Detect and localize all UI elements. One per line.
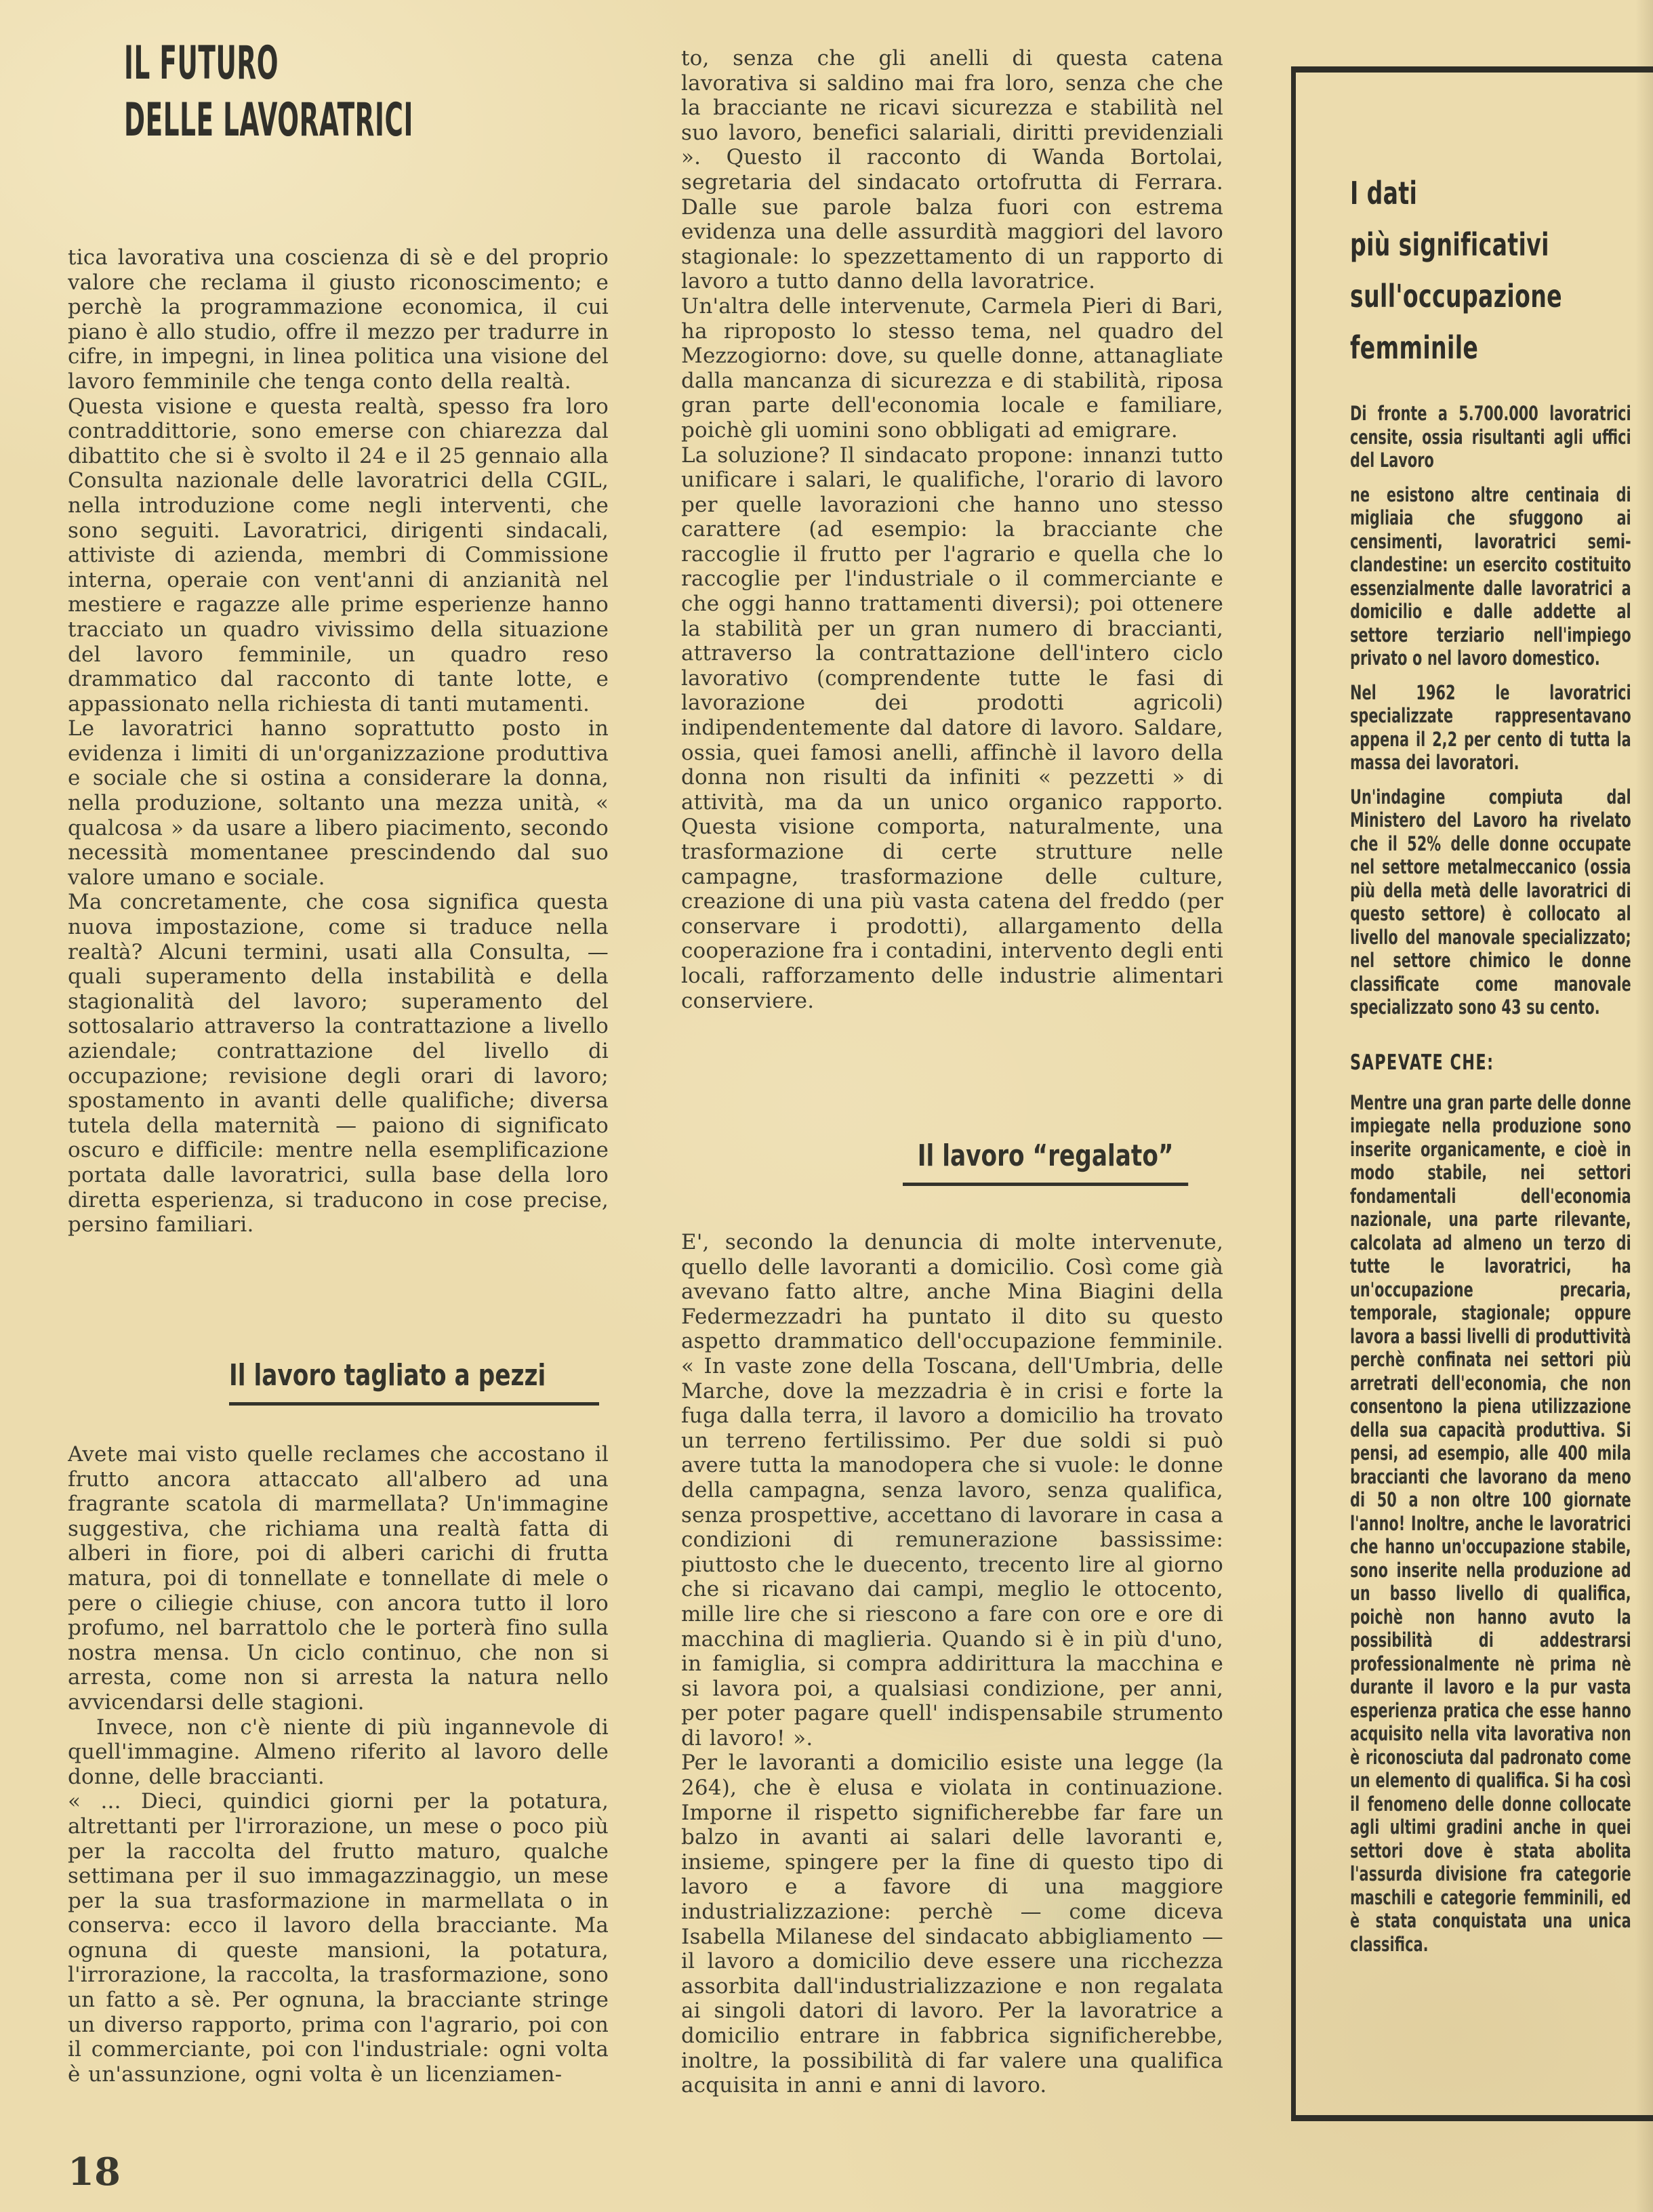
paragraph: La soluzione? Il sindacato propone: inna… bbox=[681, 443, 1223, 1014]
sidebar-title-line1: I dati bbox=[1350, 167, 1631, 219]
sidebar-stats: Di fronte a 5.700.000 lavoratrici censit… bbox=[1350, 402, 1631, 1019]
subheading-lavoro-tagliato: Il lavoro tagliato a pezzi bbox=[229, 1358, 599, 1406]
paragraph: to, senza che gli anelli di questa caten… bbox=[681, 46, 1223, 294]
paragraph: Questa visione e questa realtà, spesso f… bbox=[68, 394, 609, 717]
sidebar-title: I dati più significativi sull'occupazion… bbox=[1350, 167, 1631, 373]
paragraph: Mentre una gran parte delle donne impieg… bbox=[1350, 1091, 1631, 1957]
page-number: 18 bbox=[68, 2150, 121, 2194]
paragraph: « ... Dieci, quindici giorni per la pota… bbox=[68, 1789, 609, 2087]
sidebar-content: I dati più significativi sull'occupazion… bbox=[1350, 167, 1631, 1956]
paragraph: ne esistono altre centinaia di migliaia … bbox=[1350, 483, 1631, 670]
paragraph: Le lavoratrici hanno soprattutto posto i… bbox=[68, 716, 609, 890]
paragraph: Invece, non c'è niente di più ingannevol… bbox=[68, 1715, 609, 1790]
sidebar-title-line3: sull'occupazione bbox=[1350, 270, 1631, 322]
paragraph: E', secondo la denuncia di molte interve… bbox=[681, 1230, 1223, 1750]
sidebar-subheading-sapevate: SAPEVATE CHE: bbox=[1350, 1050, 1631, 1075]
paragraph: Di fronte a 5.700.000 lavoratrici censit… bbox=[1350, 402, 1631, 472]
paragraph: Nel 1962 le lavoratrici specializzate ra… bbox=[1350, 681, 1631, 775]
paragraph: Ma concretamente, che cosa significa que… bbox=[68, 890, 609, 1237]
article-title: IL FUTURO DELLE LAVORATRICI bbox=[124, 35, 413, 149]
sidebar-sapevate-text: Mentre una gran parte delle donne impieg… bbox=[1350, 1091, 1631, 1957]
paragraph: Un'indagine compiuta dal Ministero del L… bbox=[1350, 785, 1631, 1019]
article-title-line1: IL FUTURO bbox=[124, 35, 413, 92]
paragraph: Per le lavoranti a domicilio esiste una … bbox=[681, 1750, 1223, 2097]
sidebar-title-line2: più significativi bbox=[1350, 219, 1631, 270]
sidebar-box: I dati più significativi sull'occupazion… bbox=[1291, 66, 1653, 2121]
paragraph: Un'altra delle intervenute, Carmela Pier… bbox=[681, 294, 1223, 443]
paragraph: tica lavorativa una coscienza di sè e de… bbox=[68, 245, 609, 394]
article-title-line2: DELLE LAVORATRICI bbox=[124, 92, 413, 149]
column1-bottom: Avete mai visto quelle reclames che acco… bbox=[68, 1442, 609, 2151]
column2-bottom: E', secondo la denuncia di molte interve… bbox=[681, 1230, 1223, 2192]
column2-top: to, senza che gli anelli di questa caten… bbox=[681, 46, 1223, 1130]
paragraph: Avete mai visto quelle reclames che acco… bbox=[68, 1442, 609, 1715]
sidebar-title-line4: femminile bbox=[1350, 322, 1631, 373]
column1-top: tica lavorativa una coscienza di sè e de… bbox=[68, 245, 609, 1362]
subheading-lavoro-regalato: Il lavoro “regalato” bbox=[903, 1139, 1188, 1186]
